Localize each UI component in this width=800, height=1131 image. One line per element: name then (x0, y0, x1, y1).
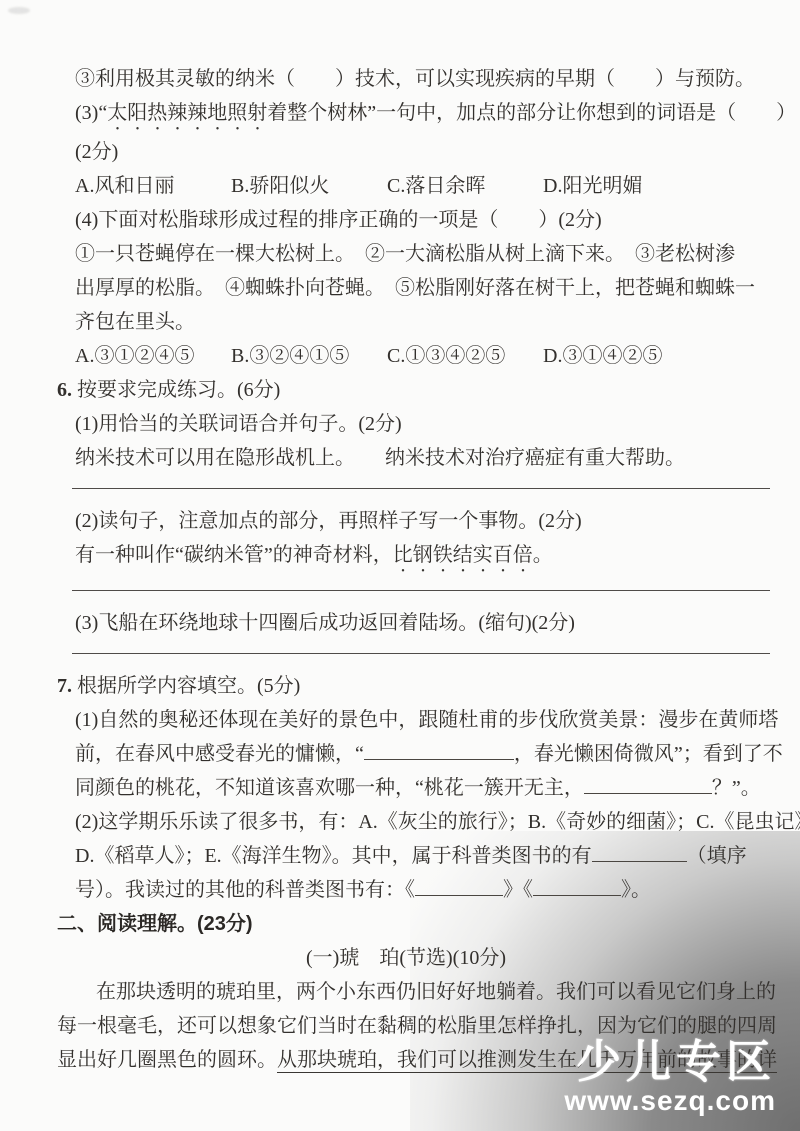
text-segment: (3)“ (75, 102, 107, 124)
passage-title: (一)琥 珀(节选)(10分) (57, 941, 755, 975)
option-item: A.风和日丽 (75, 169, 231, 203)
answer-rule (72, 653, 770, 654)
question-line: (1)自然的奥秘还体现在美好的景色中，跟随杜甫的步伐欣赏美景：漫步在黄师塔 (75, 703, 755, 737)
question-line: 前，在春风中感受春光的慵懒，“，春光懒困倚微风”；看到了不 (75, 737, 755, 771)
text-segment: 着整个树林”一句中，加点的部分让你想到的词语是（ ） (267, 102, 796, 124)
text-segment: 有一种叫作“碳纳米管”的神奇材料， (75, 544, 393, 566)
section-heading: 二、阅读理解。(23分) (57, 907, 755, 941)
text-segment: (4)下面对松脂球形成过程的排序正确的一项是（ ）(2分) (75, 209, 602, 231)
text-segment: 纳米技术可以用在隐形战机上。 纳米技术对治疗癌症有重大帮助。 (75, 447, 685, 469)
text-segment: (一)琥 珀(节选)(10分) (306, 947, 506, 969)
question-line: ①一只苍蝇停在一棵大松树上。 ②一大滴松脂从树上滴下来。 ③老松树渗 (75, 237, 755, 271)
text-segment: 》《 (503, 879, 533, 901)
option-item: D.阳光明媚 (543, 169, 699, 203)
question-line: (2)读句子，注意加点的部分，再照样子写一个事物。(2分) (75, 504, 755, 538)
text-segment: (2)读句子，注意加点的部分，再照样子写一个事物。(2分) (75, 510, 582, 532)
text-segment: 出厚厚的松脂。 ④蜘蛛扑向苍蝇。 ⑤松脂刚好落在树干上，把苍蝇和蜘蛛一 (75, 277, 755, 299)
text-segment: 二、阅读理解。(23分) (57, 913, 253, 935)
text-segment: ，春光懒困倚微风”；看到了不 (514, 743, 783, 765)
text-segment: (2分) (75, 141, 118, 163)
text-segment: 在那块透明的琥珀里，两个小东西仍旧好好地躺着。我们可以看见它们身上的 (96, 981, 776, 1003)
passage-line: 在那块透明的琥珀里，两个小东西仍旧好好地躺着。我们可以看见它们身上的 (57, 975, 755, 1009)
options-row: A.③①②④⑤B.③②④①⑤C.①③④②⑤D.③①④②⑤ (75, 339, 755, 373)
question-line: (3)飞船在环绕地球十四圈后成功返回着陆场。(缩句)(2分) (75, 606, 755, 640)
answer-blank (364, 739, 514, 760)
question-line: (1)用恰当的关联词语合并句子。(2分) (75, 407, 755, 441)
text-segment: 根据所学内容填空。(5分) (72, 675, 300, 697)
answer-blank (533, 875, 621, 896)
text-segment: (1)自然的奥秘还体现在美好的景色中，跟随杜甫的步伐欣赏美景：漫步在黄师塔 (75, 709, 778, 731)
text-segment: 号）。我读过的其他的科普类图书有：《 (75, 879, 415, 901)
text-segment: D.《稻草人》；E.《海洋生物》。其中，属于科普类图书的有 (75, 845, 592, 867)
text-segment: 7. (57, 675, 72, 697)
text-segment: (2)这学期乐乐读了很多书，有：A.《灰尘的旅行》；B.《奇妙的细菌》；C.《昆… (75, 811, 800, 833)
option-item: B.③②④①⑤ (231, 339, 387, 373)
exam-content: ③利用极其灵敏的纳米（ ）技术，可以实现疾病的早期（ ）与预防。(3)“太阳热辣… (0, 0, 800, 1077)
score-line: (2分) (75, 135, 755, 169)
emphasized-text: 比钢铁结实百倍 (393, 544, 533, 566)
answer-blank (592, 841, 687, 862)
text-segment: 齐包在里头。 (75, 311, 195, 333)
text-segment: (1)用恰当的关联词语合并句子。(2分) (75, 413, 402, 435)
option-item: C.落日余晖 (387, 169, 543, 203)
text-segment: 每一根毫毛，还可以想象它们当时在黏稠的松脂里怎样挣扎，因为它们的腿的四周 (57, 1015, 777, 1037)
options-row: A.风和日丽B.骄阳似火C.落日余晖D.阳光明媚 (75, 169, 755, 203)
answer-rule (72, 488, 770, 489)
option-item: A.③①②④⑤ (75, 339, 231, 373)
text-segment: 》。 (621, 879, 651, 901)
text-segment: 同颜色的桃花，不知道该喜欢哪一种，“桃花一簇开无主， (75, 777, 584, 799)
answer-blank (584, 773, 712, 794)
answer-blank (415, 875, 503, 896)
option-item: C.①③④②⑤ (387, 339, 543, 373)
text-segment: 6. (57, 379, 72, 401)
question-line: 有一种叫作“碳纳米管”的神奇材料，比钢铁结实百倍。 (75, 538, 755, 577)
watermark: 少儿专区 www.sezq.com (564, 1039, 776, 1117)
text-segment: 。 (533, 544, 553, 566)
emphasized-text: 太阳热辣辣地照射 (107, 102, 267, 124)
question-line: 齐包在里头。 (75, 305, 755, 339)
question-line: 同颜色的桃花，不知道该喜欢哪一种，“桃花一簇开无主，？”。 (75, 771, 755, 805)
text-segment: ①一只苍蝇停在一棵大松树上。 ②一大滴松脂从树上滴下来。 ③老松树渗 (75, 243, 735, 265)
text-segment: 显出好几圈黑色的圆环。 (57, 1049, 277, 1071)
question-line: ③利用极其灵敏的纳米（ ）技术，可以实现疾病的早期（ ）与预防。 (75, 62, 755, 96)
question-line: (3)“太阳热辣辣地照射着整个树林”一句中，加点的部分让你想到的词语是（ ） (75, 96, 755, 135)
text-segment: (3)飞船在环绕地球十四圈后成功返回着陆场。(缩句)(2分) (75, 612, 575, 634)
text-segment: 前，在春风中感受春光的慵懒，“ (75, 743, 364, 765)
exam-page: ③利用极其灵敏的纳米（ ）技术，可以实现疾病的早期（ ）与预防。(3)“太阳热辣… (0, 0, 800, 1131)
text-segment: ③利用极其灵敏的纳米（ ）技术，可以实现疾病的早期（ ）与预防。 (75, 68, 755, 90)
watermark-title: 少儿专区 (564, 1039, 776, 1085)
text-segment: ？”。 (712, 777, 761, 799)
option-item: D.③①④②⑤ (543, 339, 699, 373)
text-segment: 按要求完成练习。(6分) (72, 379, 280, 401)
answer-rule (72, 590, 770, 591)
question-line: 出厚厚的松脂。 ④蜘蛛扑向苍蝇。 ⑤松脂刚好落在树干上，把苍蝇和蜘蛛一 (75, 271, 755, 305)
question-line: (4)下面对松脂球形成过程的排序正确的一项是（ ）(2分) (75, 203, 755, 237)
question-line: 号）。我读过的其他的科普类图书有：《》《》。 (75, 873, 755, 907)
text-segment: （填序 (687, 845, 747, 867)
question-line: 纳米技术可以用在隐形战机上。 纳米技术对治疗癌症有重大帮助。 (75, 441, 755, 475)
question-number-line: 7. 根据所学内容填空。(5分) (57, 669, 755, 703)
watermark-url: www.sezq.com (564, 1085, 776, 1117)
question-line: D.《稻草人》；E.《海洋生物》。其中，属于科普类图书的有（填序 (75, 839, 755, 873)
question-line: (2)这学期乐乐读了很多书，有：A.《灰尘的旅行》；B.《奇妙的细菌》；C.《昆… (75, 805, 755, 839)
option-item: B.骄阳似火 (231, 169, 387, 203)
question-number-line: 6. 按要求完成练习。(6分) (57, 373, 755, 407)
